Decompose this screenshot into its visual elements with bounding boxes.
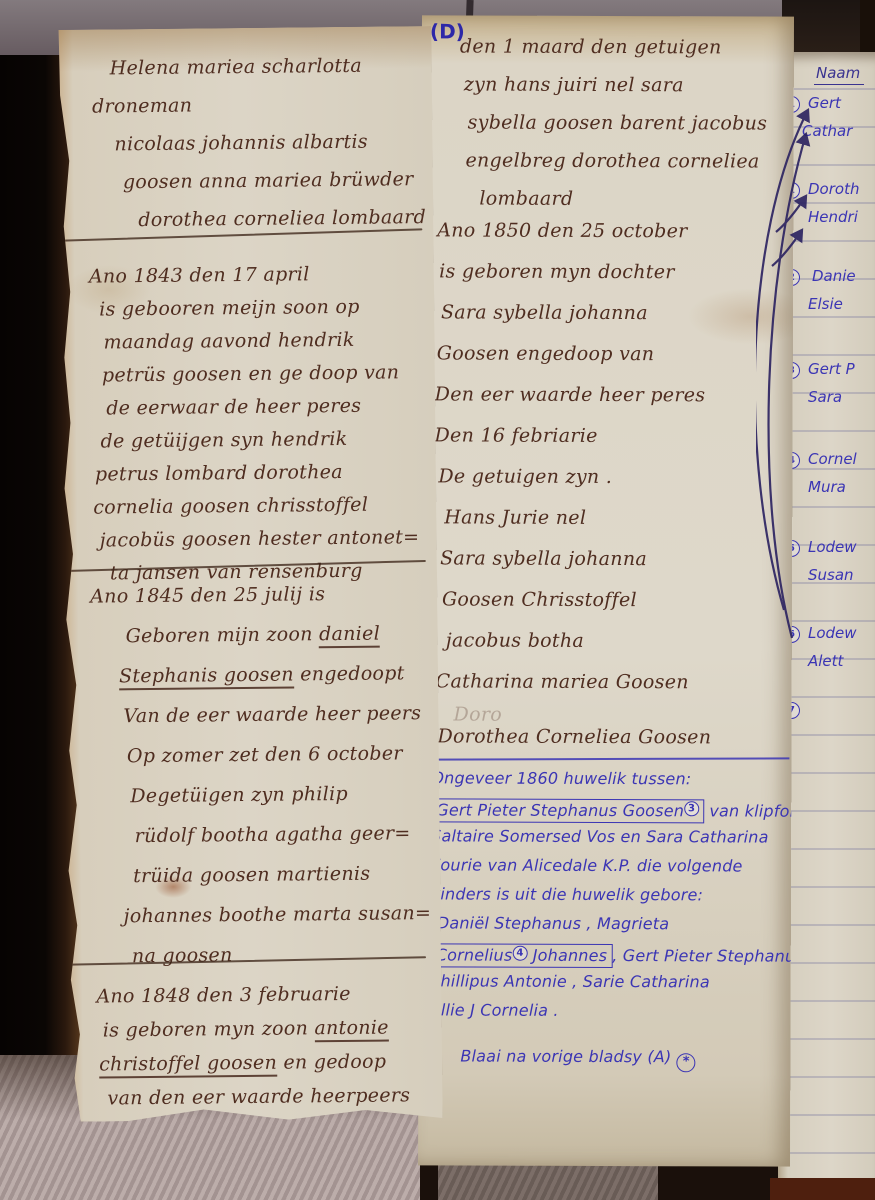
manuscript-line: de getüijgen syn hendrik (91, 429, 419, 465)
side-entry-line (808, 728, 875, 756)
side-entry: 4 Cornel Mura (778, 450, 875, 506)
circled-number: 4 (512, 946, 527, 961)
manuscript-line-crossed-out: Doro (454, 705, 502, 724)
side-entry-line: Lodew (808, 538, 875, 566)
blue-note-line: Cornelius4 Johannes , Gert Pieter Stepha… (431, 943, 794, 973)
side-entry: 6 Lodew Alett (778, 624, 875, 680)
manuscript-line: Sara sybella johanna (435, 303, 706, 345)
blue-note-text: van klipfont (704, 801, 794, 820)
side-entry-line: Alett (808, 652, 875, 680)
naam-header: Naam (814, 64, 864, 85)
manuscript-line: Stephanis goosen engedoopt (91, 664, 429, 708)
manuscript-line: goosen anna mariea brüwder (93, 170, 426, 211)
boxed-name: Cornelius4 Johannes (431, 943, 613, 967)
blue-note-line: Daniël Stephanus , Magrieta (431, 914, 794, 944)
manuscript-text: is geboren myn zoon (103, 1017, 315, 1041)
manuscript-line: den 1 maard den getuigen (460, 37, 768, 76)
side-entry-line: Susan (808, 566, 875, 594)
manuscript-line: na goosen (94, 944, 432, 988)
manuscript-line: jacobus botha (434, 631, 705, 673)
blue-note-line: Ongeveer 1860 huwelik tussen: (431, 769, 794, 799)
side-entry-line: Cathar (802, 122, 875, 150)
manuscript-line: sybella goosen barent jacobus (460, 113, 768, 152)
blue-note-line: Phillipus Antonie , Sarie Catharina (431, 972, 794, 1002)
manuscript-line: Goosen engedoop van (435, 344, 706, 386)
manuscript-line: petrus lombard dorothea (91, 462, 419, 498)
underlined-name: Stephanis goosen (119, 663, 294, 690)
left-page: Helena mariea scharlotta droneman nicola… (46, 26, 442, 1122)
side-entry: 5 Lodew Susan (778, 538, 875, 594)
side-entry-line: Sara (808, 388, 875, 416)
manuscript-line: nicolaas johannis albartis (92, 132, 425, 173)
photo-of-manuscript: Naam 1 Gert Cathar 1 Doroth Hendri 2 Dan… (0, 0, 875, 1200)
manuscript-line: Geboren mijn zoon daniel (91, 624, 429, 668)
side-entry-line: Lodew (808, 624, 875, 652)
manuscript-line: Ano 1843 den 17 april (89, 264, 417, 300)
underlined-name: christoffel goosen (99, 1052, 277, 1079)
manuscript-line: Dorothea Corneliea Goosen (437, 727, 711, 747)
back-reference-note: Blaai na vorige bladsy (A) * (460, 1047, 695, 1077)
manuscript-line: Op zomer zet den 6 october (92, 744, 430, 788)
side-entry-line: Gert (808, 94, 875, 122)
boxed-name-text: Cornelius (436, 945, 513, 964)
manuscript-line: Den eer waarde heer peres (435, 385, 706, 427)
manuscript-line: Hans Jurie nel (434, 508, 705, 550)
manuscript-line: petrüs goosen en ge doop van (90, 363, 418, 399)
right-page: (D) den 1 maard den getuigen zyn hans ju… (418, 15, 794, 1166)
manuscript-line: droneman (92, 94, 425, 135)
boxed-name-text: Johannes (533, 946, 608, 965)
blue-note-line: kinders is uit die huwelik gebore: (431, 885, 794, 915)
manuscript-line: trüida goosen martienis (93, 864, 431, 908)
underlined-name: antonie (314, 1017, 389, 1043)
manuscript-line: johannes boothe marta susan= (93, 904, 431, 948)
side-entry-line (808, 700, 875, 728)
manuscript-line: zyn hans juiri nel sara (460, 75, 768, 114)
book-cover-edge (770, 1178, 875, 1200)
manuscript-line: De getuigen zyn . (434, 467, 705, 509)
circled-number: 3 (684, 801, 699, 816)
fabric-cloth (438, 1162, 658, 1200)
side-entry-line: Elsie (808, 295, 875, 323)
back-reference-text: Blaai na vorige bladsy (A) (460, 1046, 671, 1066)
blue-note-line: Fourie van Alicedale K.P. die volgende (431, 856, 794, 886)
boxed-name: Gert Pieter Stephanus Goosen3 (431, 798, 704, 823)
manuscript-line: Helena mariea scharlotta (92, 56, 425, 97)
side-entry-line: Hendri (808, 208, 875, 236)
manuscript-text: engedoopt (294, 662, 405, 685)
manuscript-line: is geboren myn dochter (435, 262, 706, 304)
blue-note-text: , Gert Pieter Stephanus (612, 946, 794, 966)
manuscript-text: en gedoop (277, 1051, 386, 1074)
manuscript-line: engelbreg dorothea corneliea (459, 151, 767, 190)
manuscript-line: jacobüs goosen hester antonet= (92, 528, 420, 564)
manuscript-line: Van de eer waarde heer peers (91, 704, 429, 748)
manuscript-line: de eerwaar de heer peres (90, 396, 418, 432)
manuscript-line: Goosen Chrisstoffel (434, 590, 705, 632)
manuscript-text: Geboren mijn zoon (126, 623, 320, 647)
manuscript-line: is gebooren meijn soon op (89, 297, 417, 333)
manuscript-line: Ano 1845 den 25 julij is (90, 584, 428, 628)
blue-divider (427, 757, 789, 760)
side-entry-line: Mura (808, 478, 875, 506)
manuscript-line: rüdolf bootha agatha geer= (93, 824, 431, 868)
circled-asterisk-icon: * (677, 1053, 696, 1072)
boxed-name-text: Gert Pieter Stephanus Goosen (436, 800, 684, 820)
side-entry: 7 (778, 700, 875, 756)
side-entry-line: Doroth (808, 180, 875, 208)
side-entry-line: Danie (812, 267, 875, 295)
manuscript-line: Sara sybella johanna (434, 549, 705, 591)
blue-note-line: Ellie J Cornelia . (430, 1001, 794, 1031)
blue-note-line: Gert Pieter Stephanus Goosen3 van klipfo… (431, 798, 794, 828)
underlined-name: daniel (319, 623, 380, 649)
manuscript-line: Ano 1850 den 25 october (435, 221, 706, 263)
manuscript-line: Den 16 febriarie (434, 426, 705, 468)
blue-note-line: Saltaire Somersed Vos en Sara Catharina (431, 827, 794, 857)
side-entry-line: Cornel (808, 450, 875, 478)
manuscript-line: Degetüigen zyn philip (92, 784, 430, 828)
side-entry-line: Gert P (808, 360, 875, 388)
